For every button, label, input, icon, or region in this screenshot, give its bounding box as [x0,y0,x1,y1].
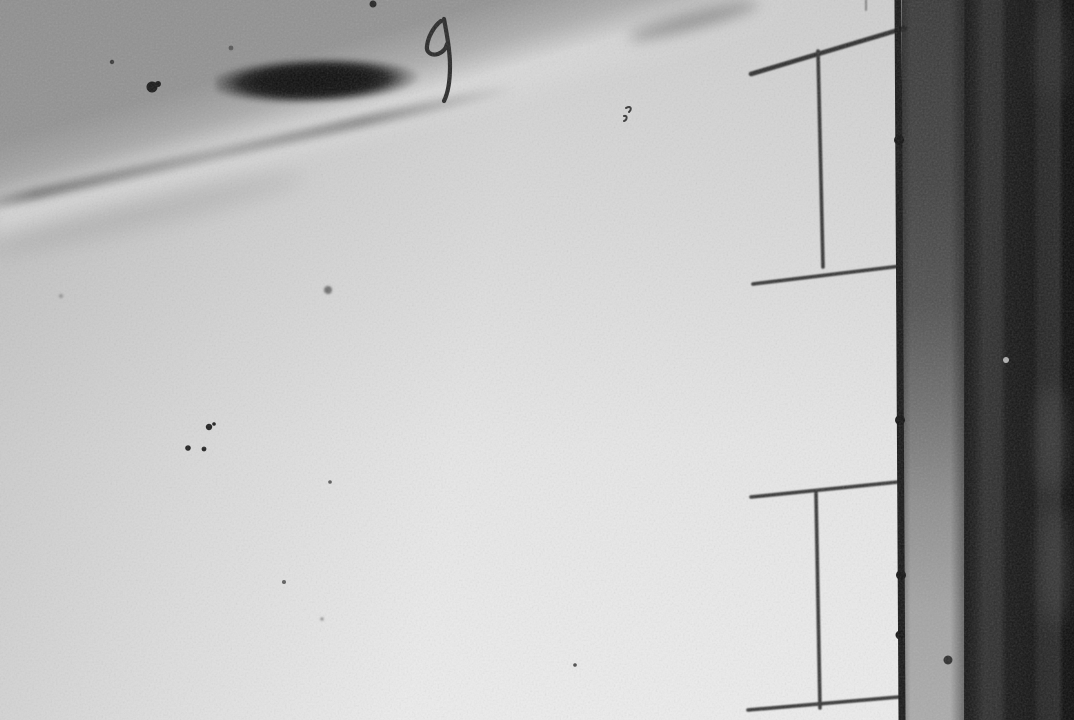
photo-canvas: 9 [0,0,1074,720]
film-grain-overlay [0,0,1074,720]
